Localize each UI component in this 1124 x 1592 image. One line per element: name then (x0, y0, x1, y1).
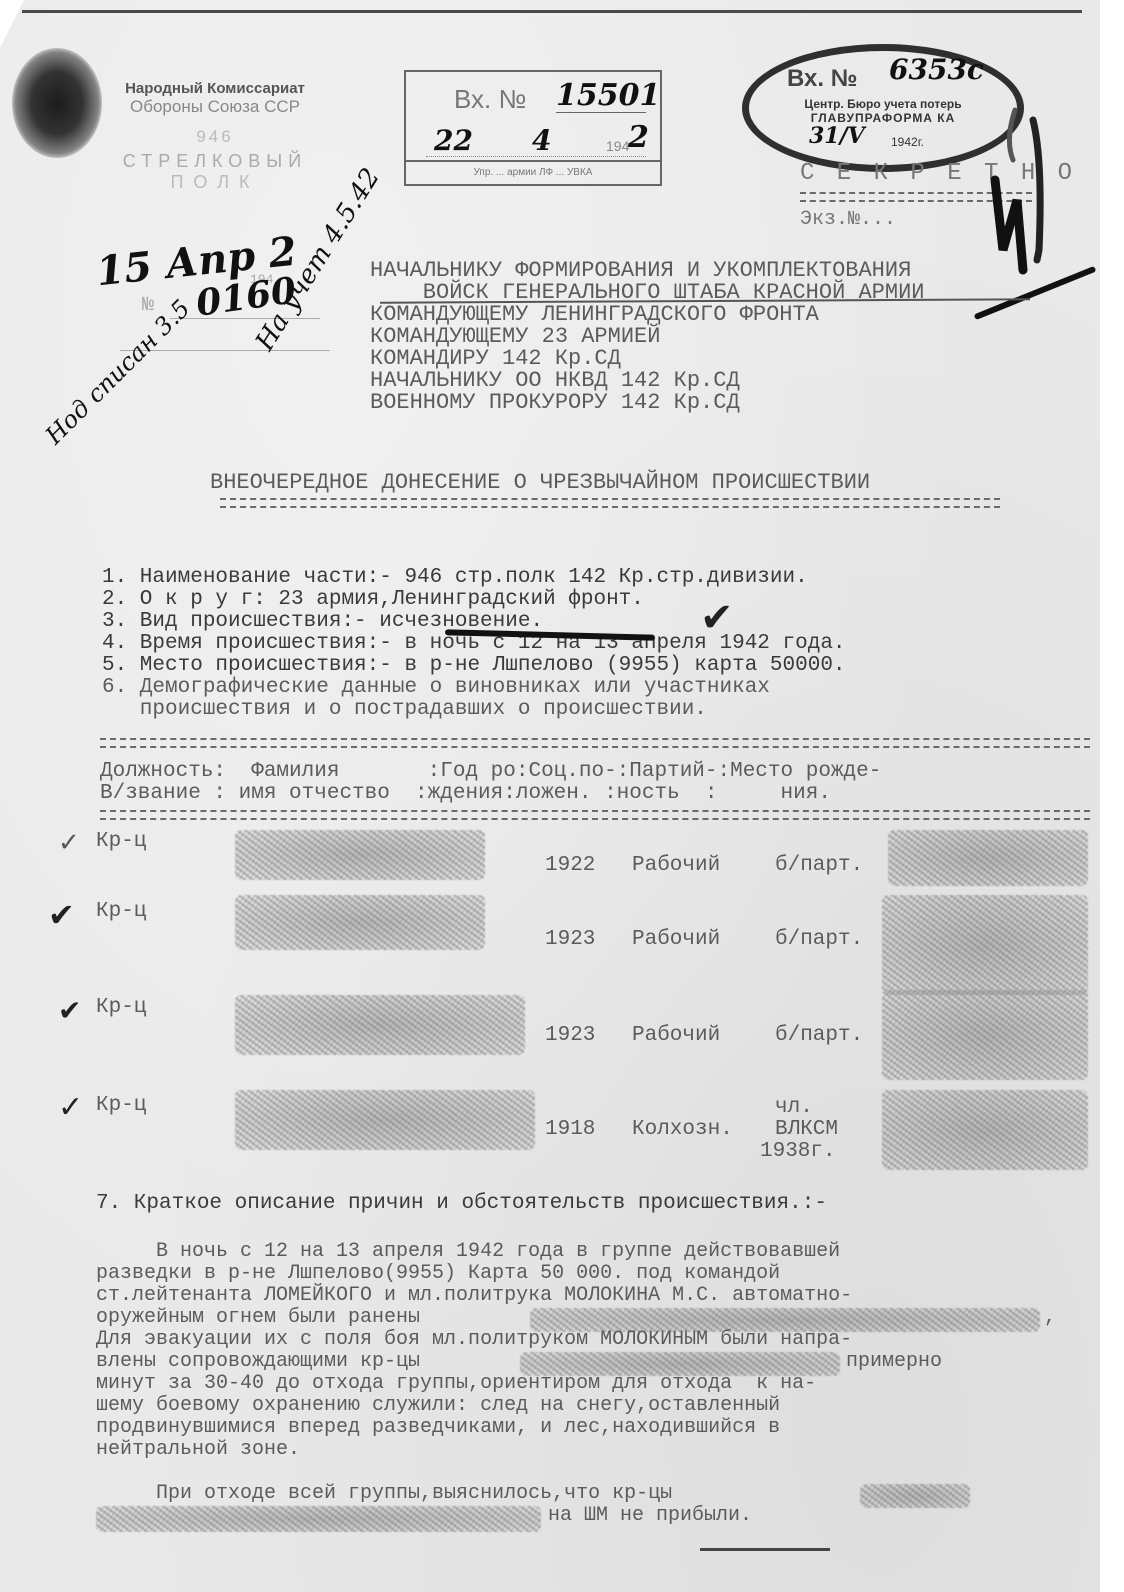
copy-number-label: Экз.№... (800, 208, 896, 231)
stamp-line: Обороны Союза ССР (70, 97, 360, 117)
narrative-line: на ШМ не прибыли. (548, 1504, 752, 1527)
cell-party: б/парт. (775, 854, 863, 877)
narrative-line: влены сопровождающими кр-цы (96, 1350, 420, 1373)
title-rule (220, 498, 1000, 508)
cell-rank: Кр-ц (96, 830, 146, 853)
report-title: ВНЕОЧЕРЕДНОЕ ДОНЕСЕНИЕ О ЧРЕЗВЫЧАЙНОМ ПР… (210, 470, 870, 495)
table-header-row: В/звание : имя отчество :ждения:ложен. :… (100, 782, 831, 805)
redacted-name (235, 830, 485, 880)
narrative-line: продвинувшимися вперед разведчиками, и л… (96, 1416, 780, 1439)
narrative-line: оружейным огнем были ранены (96, 1306, 420, 1329)
cell-birth-year: 1923 (545, 928, 595, 951)
redacted-birthplace (882, 895, 1088, 995)
report-item: 1. Наименование части:- 946 стр.полк 142… (102, 566, 808, 589)
cell-rank: Кр-ц (96, 900, 146, 923)
cell-social: Колхозн. (632, 1118, 733, 1141)
stamp-line: 946 (70, 127, 360, 147)
redacted-names (96, 1506, 541, 1532)
unit-corner-stamp: Народный Комиссариат Обороны Союза ССР 9… (70, 80, 360, 193)
stamp-day: 22 (434, 124, 473, 157)
stamp-line: Народный Комиссариат (70, 80, 360, 97)
ink-mark (700, 1548, 830, 1551)
redacted-names (860, 1484, 970, 1508)
stamp-label: Вх. № (454, 84, 526, 115)
page-edge (22, 10, 1082, 13)
redacted-name (235, 995, 525, 1055)
cell-party: б/парт. (775, 928, 863, 951)
stamp-year: 1942г. (891, 135, 924, 149)
cell-social: Рабочий (632, 928, 720, 951)
document-page: Народный Комиссариат Обороны Союза ССР 9… (0, 0, 1100, 1592)
incoming-number: 6353с (889, 53, 984, 86)
cell-birth-year: 1923 (545, 1024, 595, 1047)
folded-corner (0, 0, 24, 48)
stamp-rule (556, 112, 646, 113)
table-rule-top (100, 738, 1090, 748)
stamp-year-prefix: 194 (606, 138, 629, 154)
report-item: 2. О к р у г: 23 армия,Ленинградский фро… (102, 588, 644, 611)
table-header-row: Должность: Фамилия :Год ро:Соц.по-:Парти… (100, 760, 881, 783)
cell-party: б/парт. (775, 1024, 863, 1047)
check-mark-icon: ✔ (58, 994, 81, 1027)
cell-social: Рабочий (632, 854, 720, 877)
narrative-line: нейтральной зоне. (96, 1438, 300, 1461)
check-mark-icon: ✓ (58, 1090, 83, 1125)
stamp-month: 4 (532, 124, 551, 157)
report-item: происшествия и о пострадавших о происшес… (102, 698, 707, 721)
narrative-punct: , (1044, 1306, 1056, 1329)
stamp-line: ПОЛК (70, 172, 360, 193)
narrative-line: ст.лейтенанта ЛОМЕЙКОГО и мл.политрука М… (96, 1284, 852, 1307)
narrative-line: минут за 30-40 до отхода группы,ориентир… (96, 1372, 816, 1395)
stamp-org: Центр. Бюро учета потерь (769, 97, 997, 111)
stamp-label: Вх. № (787, 65, 857, 93)
narrative-line: При отходе всей группы,выяснилось,что кр… (96, 1482, 672, 1505)
cell-rank: Кр-ц (96, 1094, 146, 1117)
cell-rank: Кр-ц (96, 996, 146, 1019)
cell-birth-year: 1922 (545, 854, 595, 877)
redacted-birthplace (882, 990, 1088, 1080)
stamp-date: 31/V (809, 123, 865, 149)
redacted-name (235, 1090, 535, 1150)
cell-birth-year: 1918 (545, 1118, 595, 1141)
number-label: № (142, 294, 154, 317)
report-item: 6. Демографические данные о виновниках и… (102, 676, 770, 699)
table-rule-header (100, 810, 1090, 820)
redacted-name (235, 895, 485, 950)
cell-social: Рабочий (632, 1024, 720, 1047)
report-item: 5. Место происшествия:- в р-не Лшпелово … (102, 654, 846, 677)
cell-party: чл. (775, 1096, 813, 1119)
narrative-line: В ночь с 12 на 13 апреля 1942 года в гру… (96, 1240, 840, 1263)
stamp-line: СТРЕЛКОВЫЙ (70, 151, 360, 172)
check-mark-icon: ✔ (48, 896, 75, 934)
redacted-birthplace (888, 830, 1088, 886)
incoming-number: 15501 (556, 78, 660, 113)
narrative-line: разведки в р-не Лшпелово(9955) Карта 50 … (96, 1262, 780, 1285)
margin-note-written-off: Нод списан 3.5 (40, 294, 196, 450)
stamp-rule (426, 156, 646, 157)
cell-party: ВЛКСМ (775, 1118, 838, 1141)
narrative-line-tail: примерно (846, 1350, 942, 1373)
losses-bureau-stamp: Вх. № 6353с Центр. Бюро учета потерь ГЛА… (742, 44, 1024, 172)
stamp-year-suffix: 2 (628, 120, 649, 155)
incoming-register-stamp: Вх. № 15501 22 4 194 2 Упр. ... армии ЛФ… (404, 70, 662, 186)
stamp-org: ГЛАВУПРАФОРМА КА (769, 111, 997, 125)
check-mark-icon: ✔ (700, 595, 734, 641)
stamp-footer: Упр. ... армии ЛФ ... УВКА (406, 160, 660, 184)
narrative-line: шему боевому охранению служили: след на … (96, 1394, 780, 1417)
section-7-title: 7. Краткое описание причин и обстоятельс… (96, 1192, 827, 1215)
redacted-birthplace (882, 1090, 1088, 1170)
addressee-line: ВОЕННОМУ ПРОКУРОРУ 142 Кр.СД (370, 390, 740, 415)
handwritten-page-number (985, 100, 1047, 285)
narrative-line: Для эвакуации их с поля боя мл.политруко… (96, 1328, 852, 1351)
cell-party: 1938г. (760, 1140, 836, 1163)
check-mark-icon: ✓ (58, 828, 80, 858)
